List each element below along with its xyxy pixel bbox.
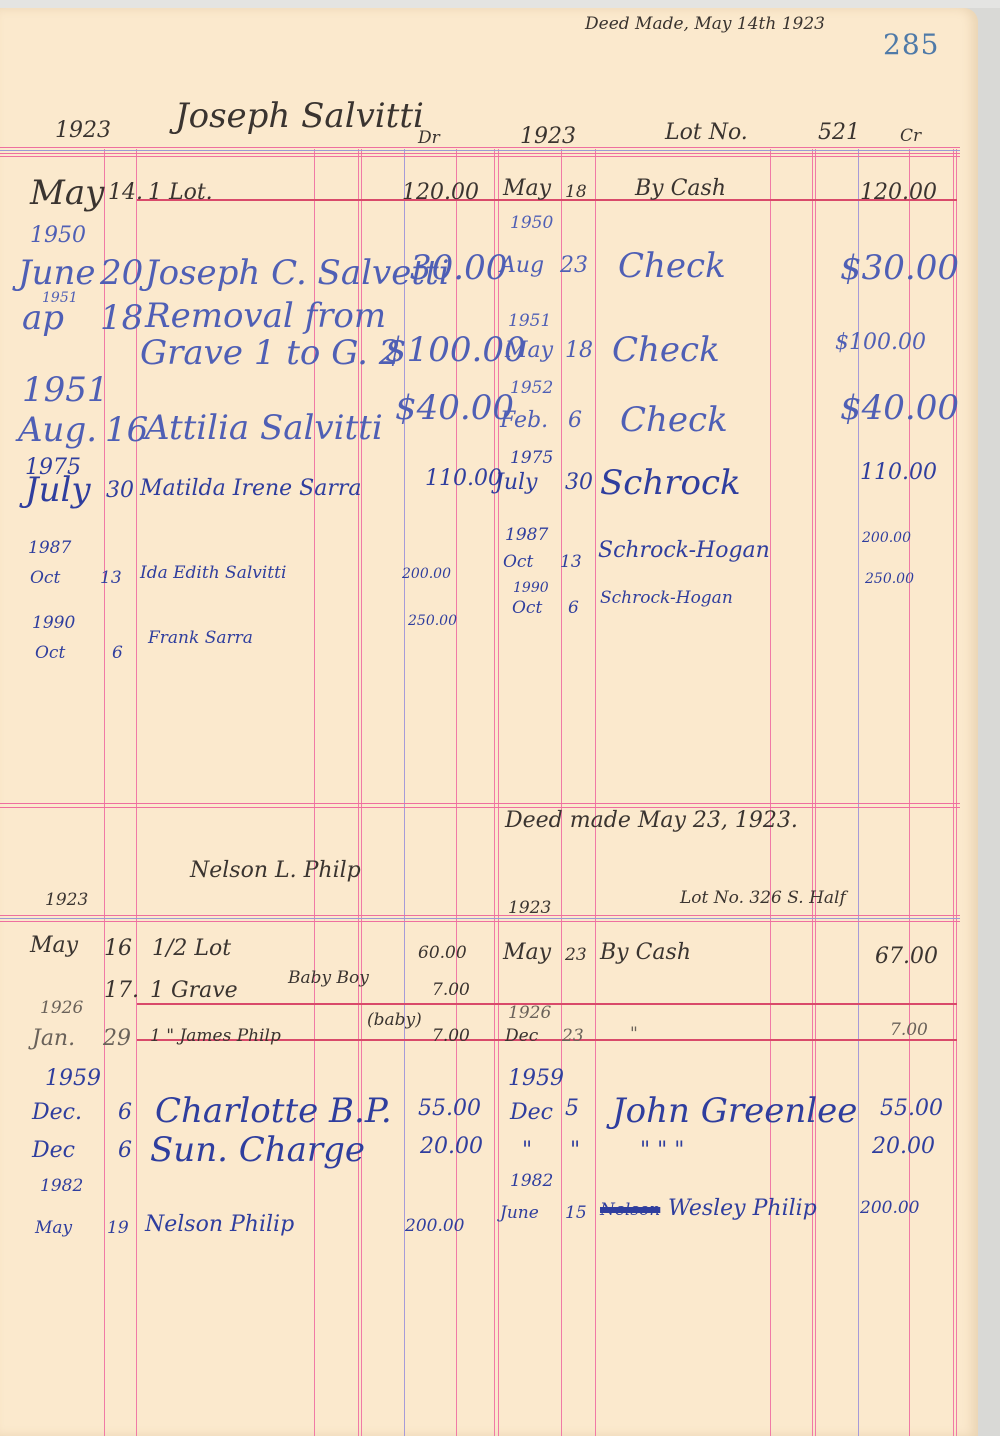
account-name: Nelson L. Philp xyxy=(190,858,361,883)
debit-marker: Dr xyxy=(418,128,440,148)
section-rule xyxy=(0,807,960,808)
section-rule xyxy=(0,803,960,804)
deed-note: Deed Made, May 14th 1923 xyxy=(585,14,825,34)
header-rule xyxy=(0,147,960,148)
header-rule xyxy=(0,156,960,157)
header-rule xyxy=(0,915,960,916)
credit-year: 1923 xyxy=(508,898,551,918)
struck-out-text: Nelson xyxy=(600,1200,660,1220)
account-name: Joseph Salvitti xyxy=(175,96,424,136)
header-rule xyxy=(0,150,960,151)
lot-label: Lot No. xyxy=(665,120,748,145)
scan-border xyxy=(0,0,1000,8)
credit-year: 1923 xyxy=(520,124,576,149)
page-number: 285 xyxy=(883,28,939,61)
debit-year: 1923 xyxy=(45,890,88,910)
deed-note: Deed made May 23, 1923. xyxy=(505,808,798,833)
credit-marker: Cr xyxy=(900,126,921,146)
header-rule xyxy=(0,153,960,154)
lot-label: Lot No. 326 S. Half xyxy=(680,888,846,908)
header-rule xyxy=(0,918,960,919)
header-rule xyxy=(0,921,960,922)
lot-number: 521 xyxy=(818,120,860,145)
debit-year: 1923 xyxy=(55,118,111,143)
ledger-page: 285 Deed Made, May 14th 1923 Joseph Salv… xyxy=(0,8,978,1436)
